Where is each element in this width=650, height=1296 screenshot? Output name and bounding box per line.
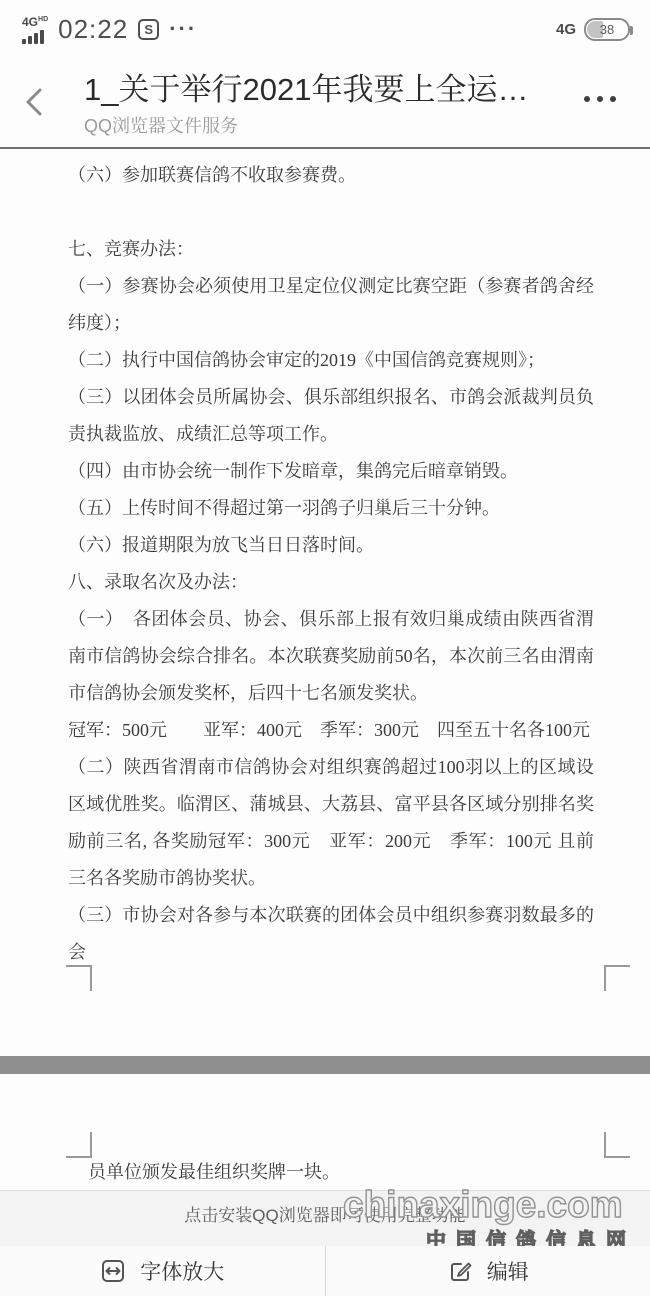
paragraph: （二）执行中国信鸽协会审定的2019《中国信鸽竞赛规则》；	[68, 342, 594, 379]
chevron-left-icon	[22, 82, 48, 122]
status-more-icon: ···	[169, 24, 197, 34]
page-corner-mark	[604, 1132, 630, 1158]
paragraph: 七、竞赛办法：	[68, 231, 594, 268]
install-qq-browser-banner[interactable]: 点击安装QQ浏览器即可使用完整功能	[0, 1190, 650, 1246]
bottom-toolbar: 字体放大 编辑	[0, 1246, 650, 1296]
page-corner-mark	[604, 965, 630, 991]
ellipsis-dot	[584, 96, 590, 102]
paragraph: （六）参加联赛信鸽不收取参赛费。	[68, 157, 594, 194]
battery-icon: 38	[584, 18, 630, 41]
clock-label: 02:22	[58, 14, 128, 45]
signal-strength-icon: 4GHD	[22, 14, 48, 44]
ellipsis-dot	[610, 96, 616, 102]
app-header: 1_关于举行2021年我要上全运… QQ浏览器文件服务	[0, 52, 650, 148]
edit-label: 编辑	[487, 1256, 529, 1286]
page-corner-mark	[66, 965, 92, 991]
page-subtitle: QQ浏览器文件服务	[84, 112, 544, 138]
paragraph: （六）报道期限为放飞当日日落时间。	[68, 527, 594, 564]
page-title: 1_关于举行2021年我要上全运…	[84, 64, 544, 109]
ellipsis-dot	[597, 96, 603, 102]
paragraph: 八、录取名次及办法：	[68, 564, 594, 601]
font-size-icon	[100, 1258, 126, 1284]
paragraph: （三）市协会对各参与本次联赛的团体会员中组织参赛羽数最多的会	[68, 897, 594, 971]
network-type-label: 4GHD	[22, 14, 48, 28]
edit-pencil-icon	[447, 1258, 473, 1284]
s-badge-icon: S	[138, 19, 159, 40]
edit-button[interactable]: 编辑	[325, 1246, 650, 1296]
battery-percent-label: 38	[586, 20, 628, 39]
back-button[interactable]	[22, 82, 52, 122]
document-viewer[interactable]: （六）参加联赛信鸽不收取参赛费。 七、竞赛办法： （一）参赛协会必须使用卫星定位…	[0, 149, 650, 1056]
paragraph: （二）陕西省渭南市信鸽协会对组织赛鸽超过100羽以上的区域设区域优胜奖。临渭区、…	[68, 749, 594, 897]
signal-bars-icon	[22, 30, 44, 44]
more-menu-button[interactable]	[584, 96, 616, 102]
page-corner-mark	[66, 1132, 92, 1158]
paragraph: 员单位颁发最佳组织奖牌一块。	[88, 1158, 340, 1184]
document-page-1: （六）参加联赛信鸽不收取参赛费。 七、竞赛办法： （一）参赛协会必须使用卫星定位…	[0, 149, 650, 971]
font-zoom-button[interactable]: 字体放大	[0, 1246, 325, 1296]
status-bar: 4GHD 02:22 S ··· 4G 38	[0, 0, 650, 52]
install-banner-text: 点击安装QQ浏览器即可使用完整功能	[184, 1201, 465, 1226]
page-separator	[0, 1056, 650, 1074]
paragraph: （一） 各团体会员、协会、俱乐部上报有效归巢成绩由陕西省渭南市信鸽协会综合排名。…	[68, 601, 594, 712]
paragraph: 冠军：500元 亚军：400元 季军：300元 四至五十名各100元	[68, 712, 594, 749]
paragraph: （三）以团体会员所属协会、俱乐部组织报名、市鸽会派裁判员负责执裁监放、成绩汇总等…	[68, 379, 594, 453]
paragraph: （四）由市协会统一制作下发暗章，集鸽完后暗章销毁。	[68, 453, 594, 490]
font-zoom-label: 字体放大	[140, 1256, 224, 1286]
paragraph: （一）参赛协会必须使用卫星定位仪测定比赛空距（参赛者鸽舍经纬度）；	[68, 268, 594, 342]
network-label-right: 4G	[556, 21, 576, 38]
paragraph: （五）上传时间不得超过第一羽鸽子归巢后三十分钟。	[68, 490, 594, 527]
